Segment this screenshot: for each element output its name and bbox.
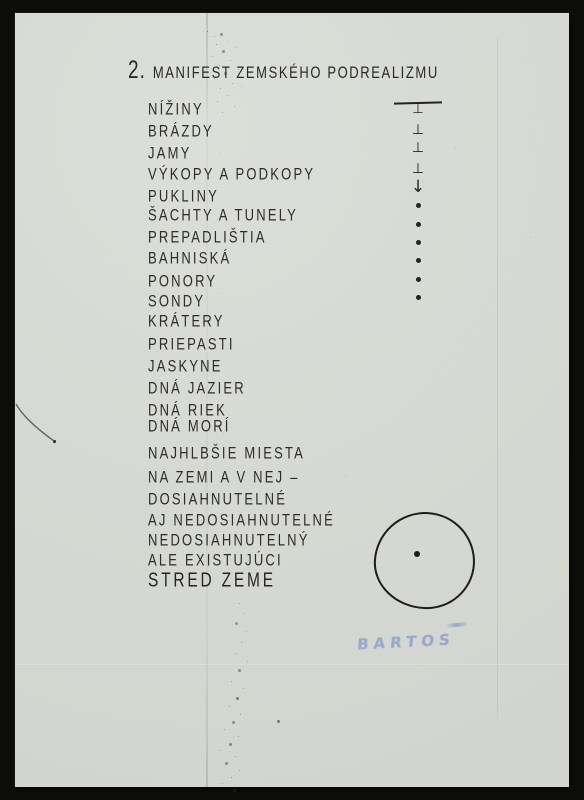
list-item: PONORY bbox=[148, 272, 217, 289]
scratch-hair-mark bbox=[15, 401, 65, 451]
depth-dot-icon bbox=[416, 240, 421, 245]
list-item: DNÁ MORÍ bbox=[148, 417, 231, 434]
ground-level-icon: ⊥ bbox=[395, 102, 441, 116]
fold-speckles-top bbox=[205, 29, 206, 30]
artist-signature: BARTOS bbox=[356, 630, 455, 653]
tack-icon: ⊥ bbox=[395, 123, 441, 137]
list-item: NA ZEMI A V NEJ – bbox=[148, 468, 300, 485]
list-item: PUKLINY bbox=[148, 187, 219, 204]
tack-icon: ⊥ bbox=[412, 103, 423, 116]
list-item: BRÁZDY bbox=[148, 122, 214, 139]
list-item: DOSIAHNUTELNÉ bbox=[148, 490, 287, 507]
title-number: 2. bbox=[128, 57, 146, 86]
list-item: PREPADLIŠTIA bbox=[148, 228, 267, 245]
list-item: SONDY bbox=[148, 292, 205, 309]
earth-center-dot bbox=[414, 551, 420, 557]
depth-dot-icon bbox=[416, 258, 421, 263]
list-item: DNÁ JAZIER bbox=[148, 379, 246, 396]
scanner-mat: { "page": { "title": { "number": "2.", "… bbox=[0, 0, 584, 800]
list-item-stred-zeme: STRED ZEME bbox=[148, 571, 276, 591]
list-item: NEDOSIAHNUTELNÝ bbox=[148, 531, 310, 548]
depth-dot-icon bbox=[416, 222, 421, 227]
right-crease bbox=[497, 38, 498, 718]
list-item: JASKYNE bbox=[148, 357, 223, 374]
list-item: NAJHLBŠIE MIESTA bbox=[148, 444, 305, 461]
depth-dot-icon bbox=[416, 203, 421, 208]
earth-cross-section-circle bbox=[372, 509, 478, 611]
tack-icon: ⊥ bbox=[395, 141, 441, 155]
list-item: NÍŽINY bbox=[148, 100, 204, 117]
list-item: PRIEPASTI bbox=[148, 335, 235, 352]
stray-specks bbox=[15, 13, 16, 14]
down-arrow-icon: ↓ bbox=[395, 179, 441, 196]
depth-dot-icon bbox=[416, 295, 421, 300]
list-item: KRÁTERY bbox=[148, 312, 225, 329]
depth-dot-icon bbox=[416, 277, 421, 282]
list-item: AJ NEDOSIAHNUTELNÉ bbox=[148, 511, 335, 528]
list-item: VÝKOPY A PODKOPY bbox=[148, 165, 315, 182]
list-item: JAMY bbox=[148, 144, 191, 161]
blue-pencil-smudge bbox=[445, 622, 467, 628]
manifesto-page: 2. MANIFEST ZEMSKÉHO PODREALIZMU NÍŽINY … bbox=[15, 13, 569, 787]
list-item: BAHNISKÁ bbox=[148, 249, 231, 266]
fold-speckles-bottom bbox=[211, 598, 212, 599]
page-title: 2. MANIFEST ZEMSKÉHO PODREALIZMU bbox=[128, 57, 439, 86]
title-text: MANIFEST ZEMSKÉHO PODREALIZMU bbox=[153, 62, 439, 81]
horizontal-crease bbox=[15, 664, 569, 666]
list-item: ŠACHTY A TUNELY bbox=[148, 206, 298, 223]
tack-icon: ⊥ bbox=[395, 162, 441, 176]
list-item: ALE EXISTUJÚCI bbox=[148, 551, 283, 568]
